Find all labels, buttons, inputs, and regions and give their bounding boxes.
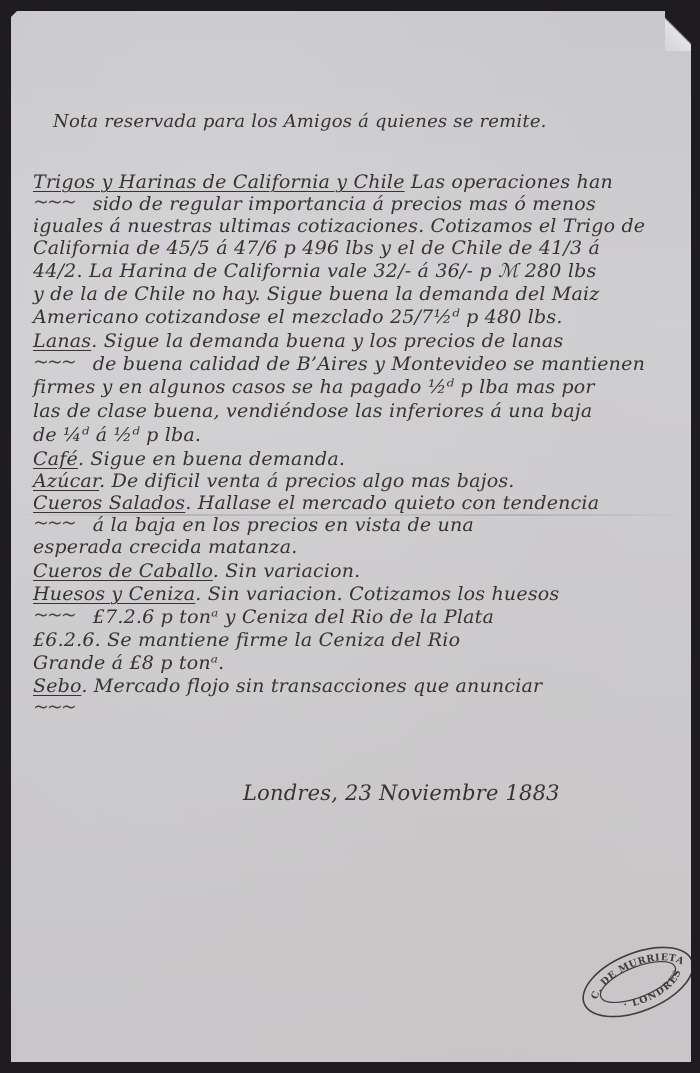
- company-stamp: C. DE MURRIETA Y Cª · LONDRES ·: [571, 931, 700, 1033]
- oval-stamp-icon: C. DE MURRIETA Y Cª · LONDRES ·: [571, 931, 700, 1033]
- line-text: de buena calidad de B’Aires y Montevideo…: [93, 353, 645, 375]
- line-text: . Sigue en buena demanda.: [78, 448, 345, 470]
- document-title: Nota reservada para los Amigos á quienes…: [53, 111, 547, 132]
- line-text: esperada crecida matanza.: [33, 536, 297, 558]
- line-text: 44/2. La Harina de California vale 32/- …: [33, 260, 596, 282]
- svg-text:C. DE MURRIETA Y Cª: C. DE MURRIETA Y Cª: [563, 926, 689, 1009]
- line-text: Las operaciones han: [405, 171, 613, 193]
- line-flourish-icon: ~~~: [33, 351, 75, 373]
- section-heading: Sebo: [33, 675, 81, 697]
- letter-line: ~~~á la baja en los precios en vista de …: [33, 514, 474, 536]
- letter-line: las de clase buena, vendiéndose las infe…: [33, 400, 592, 422]
- letter-line: Cueros de Caballo. Sin variacion.: [33, 560, 360, 582]
- line-text: las de clase buena, vendiéndose las infe…: [33, 400, 592, 422]
- section-heading: Azúcar: [33, 470, 99, 492]
- line-text: . Sin variacion.: [213, 560, 361, 582]
- line-text: £7.2.6 p tonᵃ y Ceniza del Rio de la Pla…: [93, 606, 494, 628]
- line-text: . Sin variacion. Cotizamos los huesos: [195, 583, 559, 605]
- folded-corner: [665, 11, 691, 51]
- section-heading: Café: [33, 448, 78, 470]
- section-heading: Cueros Salados: [33, 492, 185, 514]
- line-text: . De dificil venta á precios algo mas ba…: [99, 470, 514, 492]
- signature-date: Londres, 23 Noviembre 1883: [243, 781, 560, 805]
- stamp-bottom-text: · LONDRES ·: [566, 928, 691, 1028]
- letter-line: ~~~de buena calidad de B’Aires y Montevi…: [33, 353, 645, 375]
- section-heading: Lanas: [33, 330, 91, 352]
- letter-line: Americano cotizandose el mezclado 25/7½ᵈ…: [33, 306, 563, 328]
- line-text: firmes y en algunos casos se ha pagado ½…: [33, 376, 595, 398]
- letter-line: ~~~sido de regular importancia á precios…: [33, 193, 596, 215]
- letter-line: £6.2.6. Se mantiene firme la Ceniza del …: [33, 629, 460, 651]
- letter-line: California de 45/5 á 47/6 p 496 lbs y el…: [33, 237, 600, 259]
- letter-line: iguales á nuestras ultimas cotizaciones.…: [33, 215, 645, 237]
- line-text: sido de regular importancia á precios ma…: [93, 193, 596, 215]
- paper-sheet: Nota reservada para los Amigos á quienes…: [11, 11, 691, 1062]
- section-heading: Trigos y Harinas de California y Chile: [33, 171, 405, 193]
- section-heading: Huesos y Ceniza: [33, 583, 195, 605]
- line-text: Grande á £8 p tonᵃ.: [33, 652, 224, 674]
- line-text: . Mercado flojo sin transacciones que an…: [81, 675, 542, 697]
- letter-line: ~~~: [33, 698, 83, 720]
- line-text: de ¼ᵈ á ½ᵈ p lba.: [33, 424, 201, 446]
- letter-line: Lanas. Sigue la demanda buena y los prec…: [33, 330, 563, 352]
- line-text: iguales á nuestras ultimas cotizaciones.…: [33, 215, 645, 237]
- line-flourish-icon: ~~~: [33, 696, 75, 718]
- letter-line: ~~~£7.2.6 p tonᵃ y Ceniza del Rio de la …: [33, 606, 494, 628]
- scan-frame: Nota reservada para los Amigos á quienes…: [0, 0, 700, 1073]
- letter-line: Sebo. Mercado flojo sin transacciones qu…: [33, 675, 542, 697]
- line-text: . Sigue la demanda buena y los precios d…: [91, 330, 563, 352]
- svg-text:· LONDRES ·: · LONDRES ·: [566, 928, 691, 1028]
- letter-line: Cueros Salados. Hallase el mercado quiet…: [33, 492, 599, 514]
- letter-line: Grande á £8 p tonᵃ.: [33, 652, 224, 674]
- letter-line: esperada crecida matanza.: [33, 536, 297, 558]
- letter-line: 44/2. La Harina de California vale 32/- …: [33, 260, 596, 282]
- line-text: £6.2.6. Se mantiene firme la Ceniza del …: [33, 629, 460, 651]
- line-text: Americano cotizandose el mezclado 25/7½ᵈ…: [33, 306, 563, 328]
- letter-line: firmes y en algunos casos se ha pagado ½…: [33, 376, 595, 398]
- line-flourish-icon: ~~~: [33, 512, 75, 534]
- letter-line: y de la de Chile no hay. Sigue buena la …: [33, 283, 599, 305]
- line-text: . Hallase el mercado quieto con tendenci…: [185, 492, 599, 514]
- letter-line: Azúcar. De dificil venta á precios algo …: [33, 470, 515, 492]
- section-heading: Cueros de Caballo: [33, 560, 213, 582]
- letter-line: Huesos y Ceniza. Sin variacion. Cotizamo…: [33, 583, 559, 605]
- letter-line: de ¼ᵈ á ½ᵈ p lba.: [33, 424, 201, 446]
- letter-line: Café. Sigue en buena demanda.: [33, 448, 345, 470]
- line-text: y de la de Chile no hay. Sigue buena la …: [33, 283, 599, 305]
- line-flourish-icon: ~~~: [33, 604, 75, 626]
- line-text: á la baja en los precios en vista de una: [93, 514, 474, 536]
- stamp-top-text: C. DE MURRIETA Y Cª: [563, 926, 689, 1009]
- letter-line: Trigos y Harinas de California y Chile L…: [33, 171, 613, 193]
- line-text: California de 45/5 á 47/6 p 496 lbs y el…: [33, 237, 600, 259]
- line-flourish-icon: ~~~: [33, 191, 75, 213]
